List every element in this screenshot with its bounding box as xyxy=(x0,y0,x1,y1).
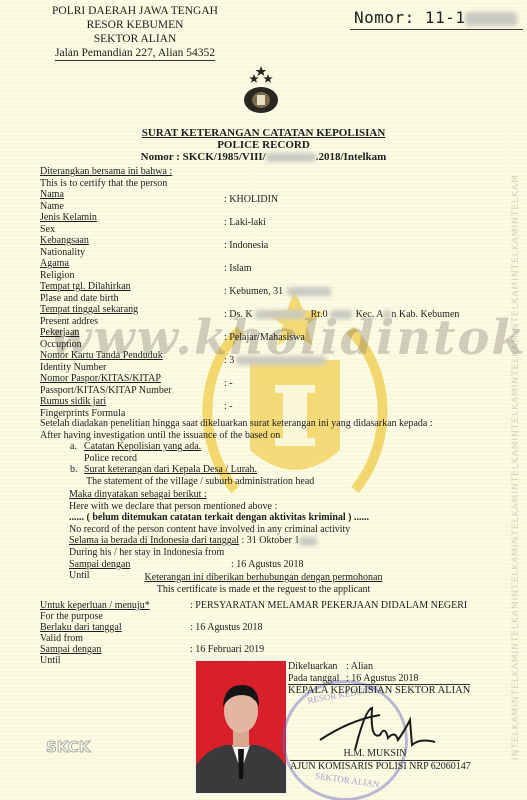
declaration-id: Maka dinyatakan sebagai berikut : xyxy=(69,489,369,501)
field-value: : Ds. KRt.0Kec. An Kab. Kebumen xyxy=(224,309,459,321)
declaration-statement-en: No record of the person content have inv… xyxy=(69,524,369,536)
skck-mark: SKCK xyxy=(46,738,90,756)
purpose-value: : 16 Februari 2019 xyxy=(190,644,264,655)
purpose-label-en: Valid from xyxy=(40,633,510,644)
field-value-text: : - xyxy=(224,378,233,389)
field-value: : - xyxy=(224,401,233,413)
purpose-row: Berlaku dari tanggalValid from: 16 Agust… xyxy=(40,622,510,644)
document-subtitle: POLICE RECORD xyxy=(0,139,527,151)
applicant-photo xyxy=(195,660,287,794)
field-value-text: : Ds. K xyxy=(224,309,253,320)
letterhead-line2: RESOR KEBUMEN xyxy=(40,18,230,32)
purpose-value: : 16 Agustus 2018 xyxy=(190,622,263,633)
field-label-id: Nomor Paspor/KITAS/KITAP xyxy=(40,373,500,385)
request-id: Keterangan ini diberikan berhubungan den… xyxy=(0,572,527,584)
stay-until-row: Sampai dengan: 16 Agustus 2018 xyxy=(69,559,369,571)
purpose-details: Untuk keperluan / menuju*For the purpose… xyxy=(40,600,510,666)
issued-at-label: Dikeluarkan xyxy=(288,661,346,673)
field-row: Tempat tinggal sekarangPresent addres: D… xyxy=(40,304,500,327)
stay-until-value: : 16 Agustus 2018 xyxy=(231,559,304,570)
skck-document: INTELKAMINTELKAMINTELKAMINTELKAMINTELKAM… xyxy=(0,0,527,800)
field-row: Nomor Paspor/KITAS/KITAPPassport/KITAS/K… xyxy=(40,373,500,396)
field-value-text: : Laki-laki xyxy=(224,217,266,228)
person-portrait-icon xyxy=(196,661,286,793)
redacted-serial xyxy=(465,12,517,26)
police-emblem-icon xyxy=(235,64,287,116)
field-label-en: Passport/KITAS/KITAP Number xyxy=(40,385,500,397)
document-title-block: SURAT KETERANGAN CATATAN KEPOLISIAN POLI… xyxy=(0,127,527,163)
field-row: NamaName: KHOLIDIN xyxy=(40,189,500,212)
redacted-value xyxy=(236,356,326,365)
field-value-text: Kec. A xyxy=(356,309,384,320)
issuance-block: Dikeluarkan: Alian Pada tanggal: 16 Agus… xyxy=(288,661,470,697)
purpose-label-id: Berlaku dari tanggal xyxy=(40,622,510,633)
field-value: : KHOLIDIN xyxy=(224,194,278,206)
basis-id: Catatan Kepolisian yang ada. xyxy=(84,441,201,452)
document-serial-number: Nomor: 11-1 xyxy=(350,8,523,30)
investigation-block: Setelah diadakan penelitian hingga saat … xyxy=(40,418,433,441)
issuing-office: KEPALA KEPOLISIAN SEKTOR ALIAN xyxy=(288,684,470,697)
stay-from-row: Selama ia berada di Indonesia dari tangg… xyxy=(69,535,369,547)
purpose-row: Untuk keperluan / menuju*For the purpose… xyxy=(40,600,510,622)
field-value-text: : Pelajar/Mahasiswa xyxy=(224,332,305,343)
issued-at-row: Dikeluarkan: Alian xyxy=(288,661,470,673)
document-title: SURAT KETERANGAN CATATAN KEPOLISIAN xyxy=(0,127,527,139)
letterhead: POLRI DAERAH JAWA TENGAH RESOR KEBUMEN S… xyxy=(40,4,230,61)
field-value: : Laki-laki xyxy=(224,217,266,229)
intro: Diterangkan bersama ini bahwa : This is … xyxy=(40,166,172,189)
redacted-value xyxy=(330,310,352,319)
field-value: : Indonesia xyxy=(224,240,268,252)
declaration-statement: ...... ( belum ditemukan catatan terkait… xyxy=(69,512,369,524)
field-value-text: : Kebumen, 31 xyxy=(224,286,283,297)
field-label-en: Sex xyxy=(40,224,500,236)
field-value-text: : Indonesia xyxy=(224,240,268,251)
redacted-value xyxy=(255,310,305,319)
field-value-text: Rt.0 xyxy=(311,309,328,320)
issued-date-label: Pada tanggal xyxy=(288,673,346,685)
request-block: Keterangan ini diberikan berhubungan den… xyxy=(0,572,527,595)
document-number-suffix: .2018/Intelkam xyxy=(316,151,387,163)
issued-date-value: : 16 Agustus 2018 xyxy=(346,673,419,684)
personal-details: NamaName: KHOLIDINJenis KelaminSex: Laki… xyxy=(40,189,500,419)
letterhead-address: Jalan Pemandian 227, Alian 54352 xyxy=(55,46,215,61)
redacted-value xyxy=(287,287,331,296)
investigation-en: After having investigation until the iss… xyxy=(40,430,433,442)
letterhead-line3: SEKTOR ALIAN xyxy=(40,32,230,46)
field-label-id: Kebangsaan xyxy=(40,235,500,247)
stay-until-label: Sampai dengan xyxy=(69,559,231,571)
signature-icon xyxy=(310,700,440,755)
field-label-id: Rumus sidik jari xyxy=(40,396,500,408)
field-value-text: n Kab. Kebumen xyxy=(391,309,459,320)
field-value-text: : 3 xyxy=(224,355,234,366)
issued-at-value: : Alian xyxy=(346,661,373,672)
redacted-year xyxy=(299,537,317,546)
letterhead-line1: POLRI DAERAH JAWA TENGAH xyxy=(40,4,230,18)
field-value: : Kebumen, 31 xyxy=(224,286,331,298)
field-label-id: Jenis Kelamin xyxy=(40,212,500,224)
stamp-bottom-text: SEKTOR ALIAN xyxy=(315,771,380,790)
stay-from-label: Selama ia berada di Indonesia dari tangg… xyxy=(69,535,239,546)
field-row: KebangsaanNationality: Indonesia xyxy=(40,235,500,258)
field-label-en: Nationality xyxy=(40,247,500,259)
serial-prefix: Nomor: 11-1 xyxy=(354,8,465,27)
intro-id: Diterangkan bersama ini bahwa : xyxy=(40,166,172,178)
field-row: Rumus sidik jariFingerprints Formula: - xyxy=(40,396,500,419)
purpose-value: : PERSYARATAN MELAMAR PEKERJAAN DIDALAM … xyxy=(190,600,467,611)
basis-item-a: a.Catatan Kepolisian yang ada. xyxy=(70,441,314,453)
signatory-block: H.M. MUKSIN AJUN KOMISARIS POLISI NRP 62… xyxy=(290,748,460,773)
field-value: : 3 xyxy=(224,355,326,367)
redacted-number xyxy=(266,153,316,162)
request-en: This certificate is made et the reguest … xyxy=(0,584,527,596)
declaration-en: Here with we declare that person mention… xyxy=(69,501,369,513)
basis-en: Police record xyxy=(70,453,314,465)
document-number-prefix: Nomor : SKCK/1985/VIII/ xyxy=(141,151,266,163)
field-value-text: : Islam xyxy=(224,263,252,274)
field-label-id: Agama xyxy=(40,258,500,270)
basis-marker: b. xyxy=(70,464,84,476)
basis-id: Surat keterangan dari Kepala Desa / Lura… xyxy=(84,464,257,475)
investigation-basis-list: a.Catatan Kepolisian yang ada. Police re… xyxy=(70,441,314,487)
field-row: PekerjaanOccuption: Pelajar/Mahasiswa xyxy=(40,327,500,350)
basis-en: The statement of the village / suburb ad… xyxy=(70,476,314,488)
redacted-value xyxy=(383,310,391,319)
field-row: Nomor Kartu Tanda PendudukIdentity Numbe… xyxy=(40,350,500,373)
field-value: : Islam xyxy=(224,263,252,275)
stay-from-value: : 31 Oktober 1 xyxy=(241,535,299,546)
signatory-name: H.M. MUKSIN xyxy=(290,748,460,760)
intro-en: This is to certify that the person xyxy=(40,178,172,190)
purpose-label-id: Sampai dengan xyxy=(40,644,510,655)
investigation-id: Setelah diadakan penelitian hingga saat … xyxy=(40,418,433,430)
field-row: Tempat tgl. DilahirkanPlase and date bir… xyxy=(40,281,500,304)
basis-item-b: b.Surat keterangan dari Kepala Desa / Lu… xyxy=(70,464,314,476)
basis-marker: a. xyxy=(70,441,84,453)
signatory-rank: AJUN KOMISARIS POLISI NRP 62060147 xyxy=(290,760,460,773)
stay-from-en: During his / her stay in Indonesia from xyxy=(69,547,369,559)
field-row: AgamaReligion: Islam xyxy=(40,258,500,281)
field-value-text: : - xyxy=(224,401,233,412)
field-value: : - xyxy=(224,378,233,390)
document-number: Nomor : SKCK/1985/VIII/.2018/Intelkam xyxy=(0,151,527,163)
field-label-en: Religion xyxy=(40,270,500,282)
purpose-label-en: For the purpose xyxy=(40,611,510,622)
field-row: Jenis KelaminSex: Laki-laki xyxy=(40,212,500,235)
issued-date-row: Pada tanggal: 16 Agustus 2018 xyxy=(288,673,470,685)
field-value-text: : KHOLIDIN xyxy=(224,194,278,205)
declaration-block: Maka dinyatakan sebagai berikut : Here w… xyxy=(69,489,369,582)
field-value: : Pelajar/Mahasiswa xyxy=(224,332,305,344)
